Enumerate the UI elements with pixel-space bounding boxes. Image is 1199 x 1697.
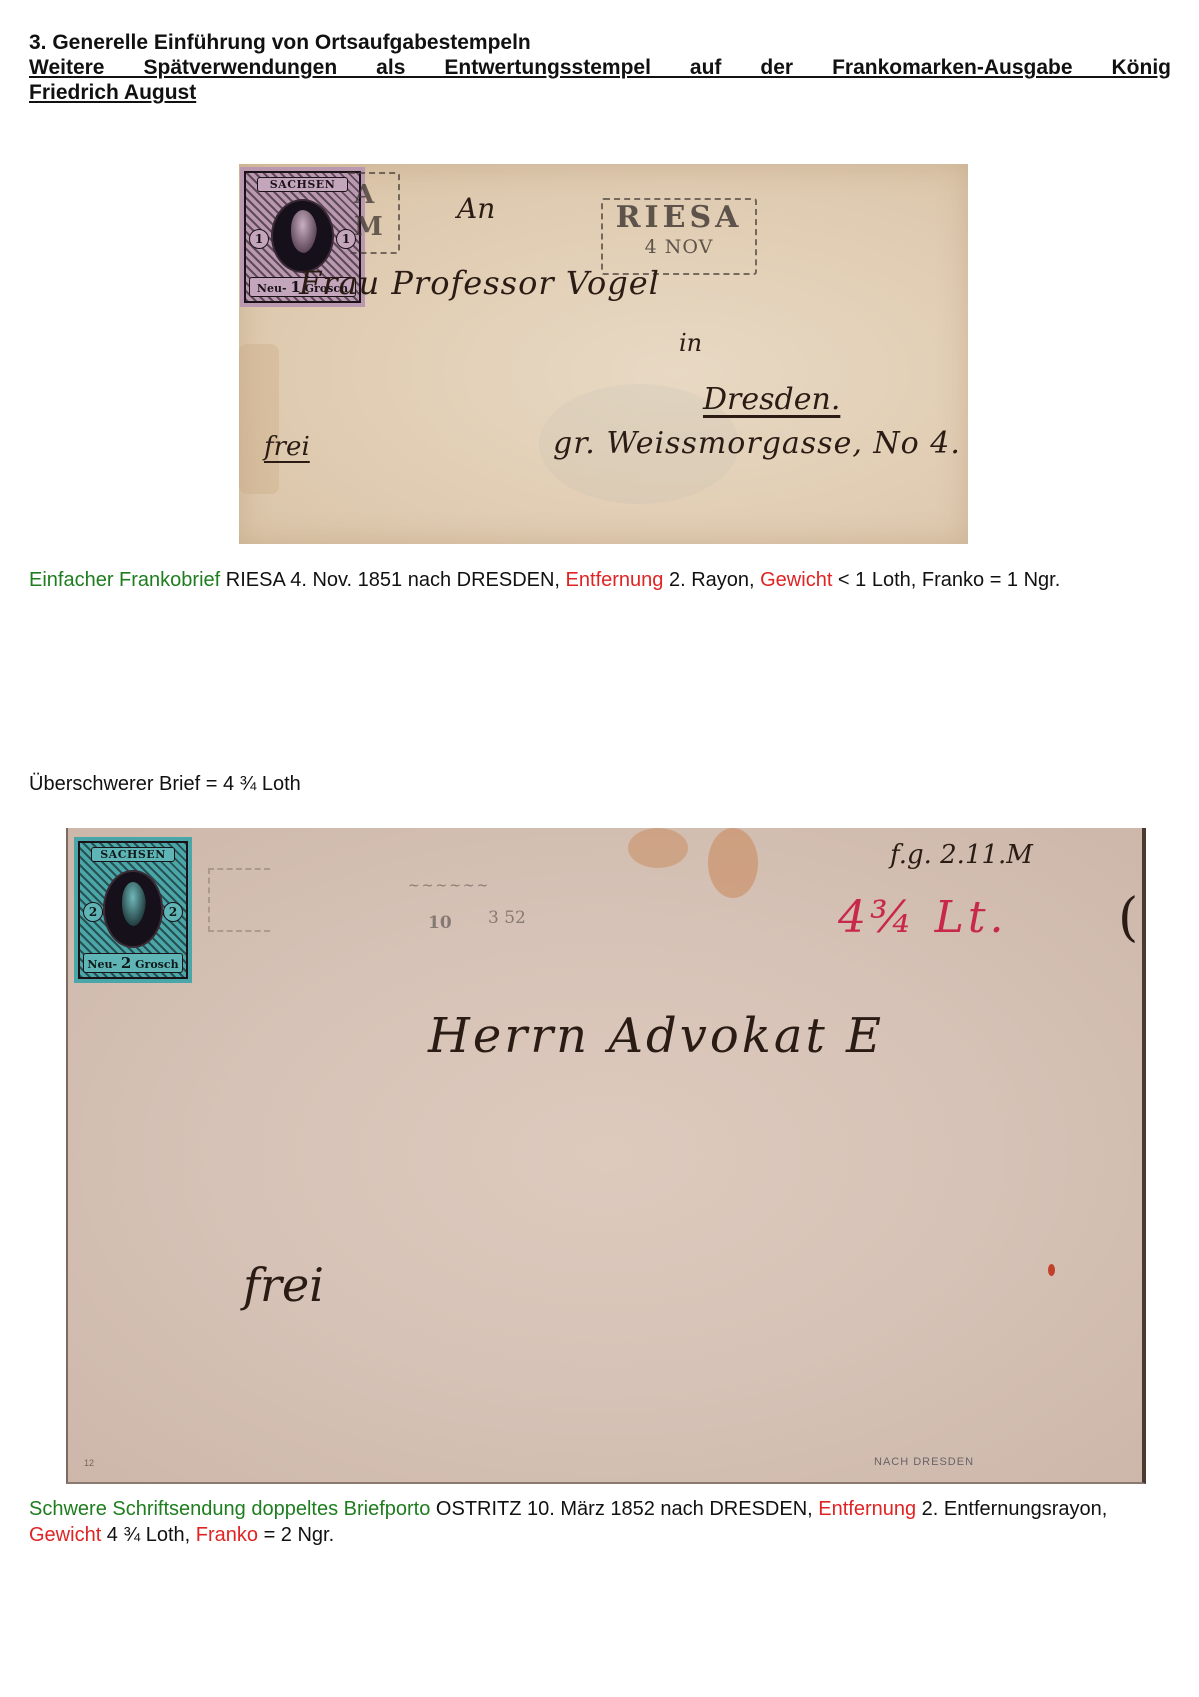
king-portrait-icon — [271, 199, 334, 273]
ink-spot — [1048, 1264, 1055, 1276]
ostritz-cancellation-mark: ~~~~~~ 10 3 52 — [408, 878, 588, 948]
handwriting-an: An — [457, 192, 495, 225]
caption-label-weight: Gewicht — [29, 1524, 101, 1546]
stamp-value-left: 2 — [83, 902, 103, 922]
handwriting-street: gr. Weissmorgasse, No 4. — [553, 426, 961, 461]
handwriting-city: Dresden. — [703, 382, 840, 417]
caption-label-distance: Entfernung — [566, 569, 664, 591]
handwriting-frei: frei — [264, 432, 310, 462]
faint-frame-cancellation — [208, 868, 270, 932]
cover-image-ostritz: SACHSEN 2 2 Neu- 2 Grosch ~~~~~~ 10 3 52… — [66, 828, 1146, 1484]
stamp-value-right: 2 — [163, 902, 183, 922]
stamp-value-left: 1 — [249, 229, 269, 249]
caption-label-franko: Franko — [196, 1524, 258, 1546]
cancellation-day: 10 — [428, 913, 452, 933]
rust-stain — [708, 828, 758, 898]
postage-stamp-2-neugroschen: SACHSEN 2 2 Neu- 2 Grosch — [74, 837, 192, 983]
caption-label-distance: Entfernung — [818, 1498, 916, 1520]
stamp-country: SACHSEN — [257, 177, 347, 192]
section-subtitle-line2: Friedrich August — [29, 81, 196, 104]
handwriting-frei: frei — [243, 1258, 324, 1312]
cancellation-place: RIESA — [603, 200, 755, 236]
stamp-country: SACHSEN — [91, 847, 176, 862]
cancellation-date: 4 NOV — [603, 236, 755, 258]
handwriting-recipient: Frau Professor Vogel — [299, 264, 660, 302]
pencil-annotation: NACH DRESDEN — [874, 1456, 974, 1468]
red-weight-notation: 4¾ Lt. — [838, 892, 1008, 943]
section-title: 3. Generelle Einführung von Ortsaufgabes… — [29, 30, 1171, 55]
caption-category: Schwere Schriftsendung doppeltes Briefpo… — [29, 1498, 430, 1520]
paper-stain — [239, 344, 279, 494]
cancellation-date-rest: 3 52 — [488, 908, 526, 928]
caption-category: Einfacher Frankobrief — [29, 569, 220, 591]
page-heading: 3. Generelle Einführung von Ortsaufgabes… — [29, 30, 1171, 105]
handwriting-receipt-note: f.g. 2.11.M — [890, 840, 1033, 870]
handwriting-in: in — [679, 329, 702, 357]
partial-cancellation-mark: A M — [346, 172, 400, 254]
cover-caption-2: Schwere Schriftsendung doppeltes Briefpo… — [29, 1496, 1171, 1548]
stamp-frame: SACHSEN 2 2 Neu- 2 Grosch — [78, 841, 188, 979]
rust-stain — [628, 828, 688, 868]
king-portrait-icon — [103, 870, 162, 948]
overweight-letter-note: Überschwerer Brief = 4 ¾ Loth — [29, 773, 301, 796]
section-subtitle-line1: Weitere Spätverwendungen als Entwertungs… — [29, 55, 1171, 80]
handwriting-bracket: ( — [1118, 888, 1138, 948]
caption-label-weight: Gewicht — [760, 569, 832, 591]
section-subtitle: Weitere Spätverwendungen als Entwertungs… — [29, 55, 1171, 105]
handwriting-addressee: Herrn Advokat E — [428, 1008, 884, 1064]
stamp-denomination: Neu- 2 Grosch — [83, 953, 183, 973]
cover-image-riesa: SACHSEN 1 1 Neu- 1 Grosch A M RIESA 4 NO… — [239, 164, 968, 544]
corner-pencil-mark: 12 — [84, 1458, 94, 1468]
cover-caption-1: Einfacher Frankobrief RIESA 4. Nov. 1851… — [29, 567, 1171, 593]
